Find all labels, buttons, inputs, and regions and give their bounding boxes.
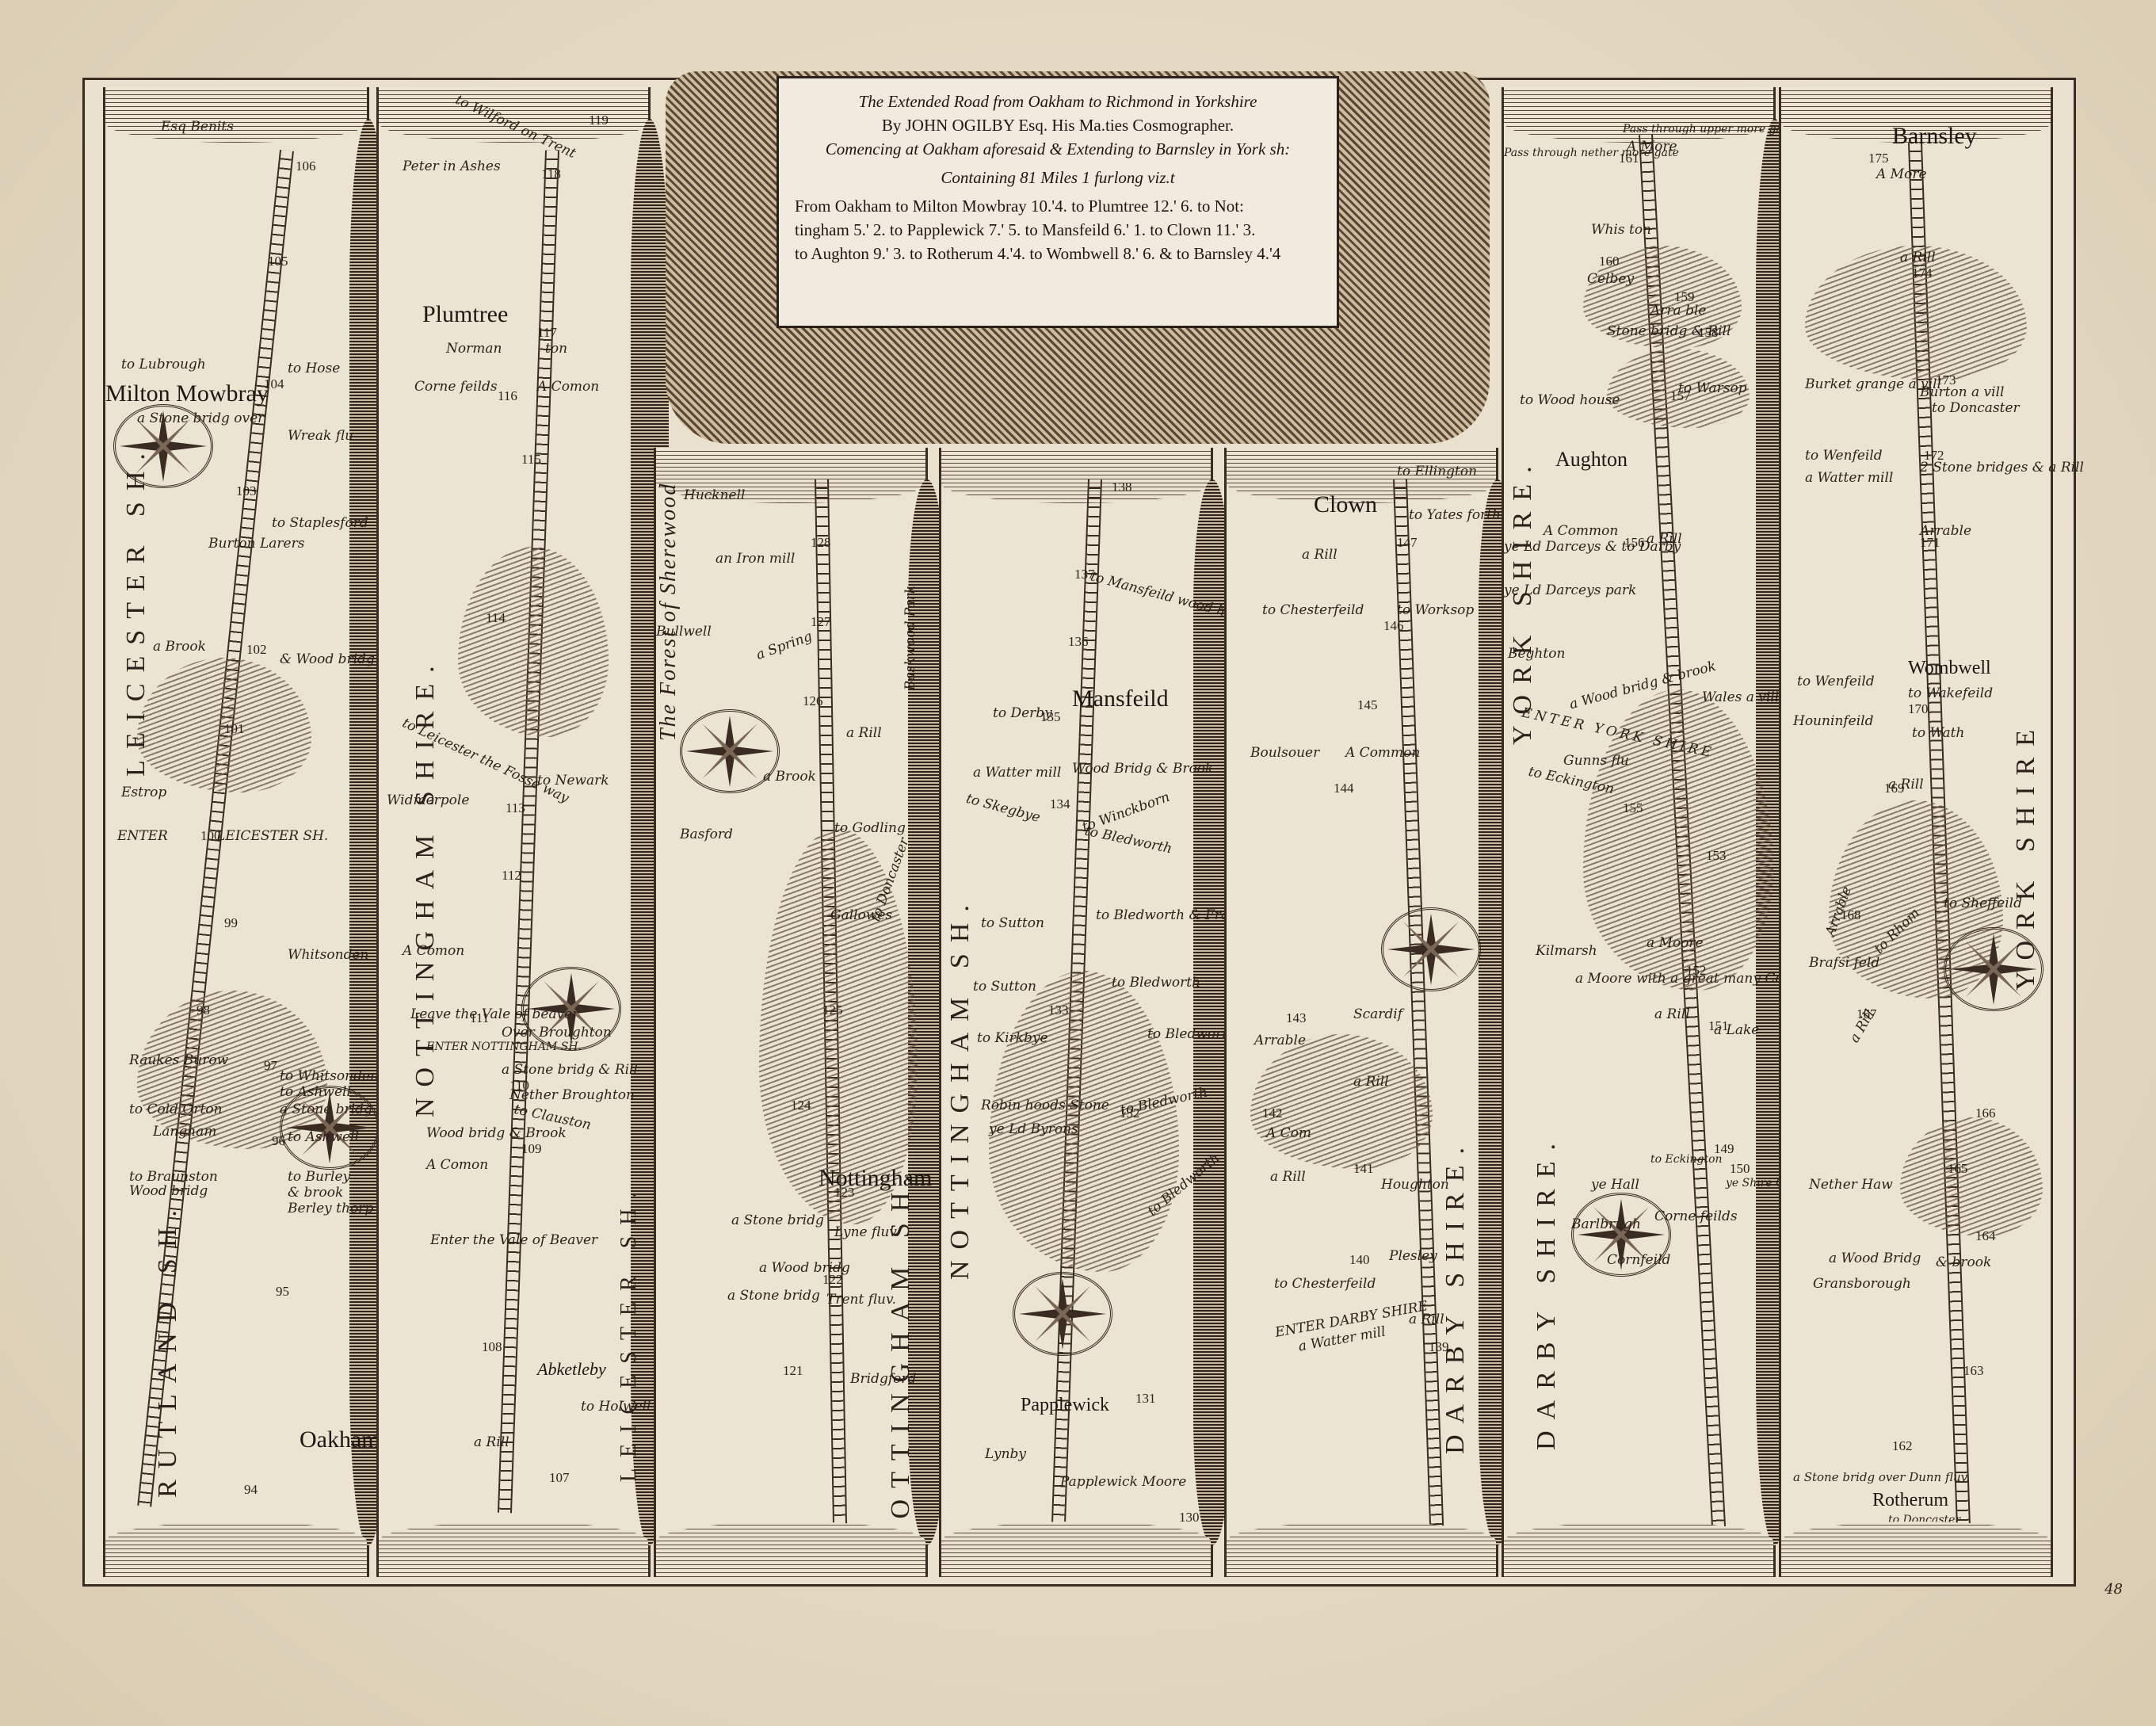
place-label: Estrop — [121, 785, 166, 800]
place-label: to Wenfeild — [1797, 674, 1875, 689]
place-label: a Rill — [1647, 531, 1682, 547]
mile-marker: 146 — [1383, 618, 1404, 634]
mile-marker: 162 — [1892, 1438, 1913, 1454]
mile-marker: 136 — [1068, 634, 1089, 650]
town-label: Barnsley — [1892, 123, 1977, 150]
place-label: Brafsi feld — [1809, 955, 1879, 971]
forest-label: The Forest of Sherewood — [656, 483, 681, 741]
place-label: a Stone bridg — [727, 1288, 820, 1304]
mile-marker: 113 — [506, 800, 525, 816]
mile-marker: 118 — [541, 166, 561, 182]
county-label: RUTLAND SH. — [153, 1199, 183, 1498]
town-label: Milton Mowbray — [105, 380, 269, 407]
mile-marker: 167 — [1856, 1006, 1877, 1022]
place-label: Over Broughton — [502, 1025, 612, 1041]
mile-marker: 127 — [811, 614, 831, 630]
place-label: to Lubrough — [121, 357, 206, 372]
place-label: Beghton — [1508, 646, 1565, 662]
place-label: ye Ld Darceys park — [1504, 582, 1636, 598]
place-label: to Skegbye — [964, 791, 1042, 826]
place-label: to Ellington — [1397, 464, 1477, 479]
plate-number: 48 — [2104, 1581, 2123, 1598]
hill — [458, 547, 609, 737]
mile-marker: 168 — [1841, 907, 1861, 923]
mile-marker: 101 — [224, 721, 245, 737]
mile-marker: 145 — [1357, 697, 1378, 713]
strip-5: Clown DARBY SHIRE. to Ellington to Yates… — [1224, 448, 1498, 1577]
mile-marker: 117 — [537, 325, 557, 341]
mile-marker: 130 — [1179, 1510, 1200, 1526]
place-label: A Common — [1544, 523, 1618, 539]
scroll-roll-bottom — [379, 1522, 648, 1577]
place-label: Langham — [153, 1124, 216, 1140]
place-label: to Staplesford — [272, 515, 368, 531]
river-label: Lyne fluv. — [834, 1224, 899, 1240]
place-label: Nether Haw — [1809, 1177, 1893, 1193]
place-label: Berley thorp — [288, 1201, 373, 1216]
mile-marker: 170 — [1908, 701, 1929, 717]
place-label: ye Hall — [1591, 1177, 1639, 1193]
place-label: LEICESTER SH. — [216, 828, 328, 844]
mile-marker: 122 — [822, 1272, 843, 1288]
place-label: Whitsonden — [288, 947, 369, 963]
place-label: to Bledworth — [1083, 823, 1173, 857]
scroll-roll-bottom — [656, 1522, 925, 1577]
county-label: NOTTINGHAM SH. — [945, 894, 975, 1280]
mile-marker: 126 — [803, 693, 823, 709]
place-label: a Stone bridg — [731, 1212, 824, 1228]
town-label: Mansfeild — [1072, 685, 1169, 712]
distance-line-2: tingham 5.' 2. to Papplewick 7.' 5. to M… — [795, 218, 1321, 242]
place-label: a Wood Bridg — [1829, 1251, 1921, 1266]
mile-marker: 135 — [1040, 709, 1061, 725]
place-label: Barlbrugh — [1571, 1216, 1641, 1232]
scroll-roll-bottom — [1781, 1522, 2051, 1577]
mile-marker: 151 — [1708, 1018, 1729, 1034]
strip-6: Aughton YORK SHIRE. DARBY SHIRE. Pass th… — [1502, 87, 1776, 1577]
place-label: Basford — [680, 827, 733, 842]
place-label: to Braunston — [129, 1169, 218, 1185]
place-label: a Stone bridg over — [137, 410, 264, 426]
county-label: DARBY SHIRE. — [1532, 1132, 1562, 1450]
county-label: YORK SHIRE. — [1508, 455, 1538, 745]
place-label: Arra ble — [1650, 303, 1706, 319]
place-label: Gallowes — [830, 907, 892, 923]
place-label: to Wath — [1912, 725, 1964, 741]
place-label: Corne feilds — [1654, 1209, 1738, 1224]
place-label: A More — [1876, 166, 1927, 182]
mile-marker: 112 — [502, 868, 521, 884]
mile-marker: 139 — [1429, 1339, 1449, 1355]
mile-marker: 160 — [1599, 254, 1620, 269]
mile-marker: 165 — [1948, 1161, 1968, 1177]
county-label: NOTTINGHAM SH. — [886, 1163, 916, 1549]
mile-marker: 109 — [521, 1141, 542, 1157]
place-label: Scardif — [1353, 1006, 1402, 1022]
county-label: YORK SHIRE — [2011, 719, 2041, 991]
mile-marker: 173 — [1936, 372, 1956, 388]
place-label: a Rill — [1270, 1169, 1306, 1185]
place-label: Baskwood Park — [902, 586, 918, 690]
place-label: Burton Larers — [208, 536, 304, 552]
mile-marker: 99 — [224, 915, 238, 931]
mile-marker: 102 — [246, 642, 267, 658]
place-label: to Yates forth — [1409, 507, 1501, 523]
place-label: to Chesterfeild — [1262, 602, 1364, 618]
place-label: & brook — [1936, 1254, 1991, 1270]
place-label: Bridgford — [850, 1371, 916, 1387]
mile-marker: 159 — [1674, 289, 1695, 305]
place-label: Cornfeild — [1607, 1252, 1670, 1268]
scroll-roll-bottom — [1227, 1522, 1496, 1577]
place-label: Raukes Burow — [129, 1052, 228, 1068]
mile-marker: 121 — [783, 1363, 803, 1379]
place-label: a Rill — [1353, 1074, 1389, 1090]
mile-marker: 110 — [509, 1078, 529, 1094]
place-label: a Stone bridg & Rill — [502, 1062, 638, 1078]
place-label: & Wood bridg — [280, 651, 375, 667]
strip-7: Barnsley Wombwell Rotherum YORK SHIRE A … — [1779, 87, 2053, 1577]
mile-marker: 94 — [244, 1482, 258, 1498]
county-label: LEICESTER SH. — [616, 1181, 642, 1482]
place-label: to Worksop — [1397, 602, 1474, 618]
place-label: ton — [545, 341, 567, 357]
author-line: By JOHN OGILBY Esq. His Ma.ties Cosmogra… — [795, 113, 1321, 137]
town-label: Aughton — [1555, 448, 1627, 472]
mile-marker: 142 — [1262, 1105, 1283, 1121]
place-label: Robin hoods Stone — [981, 1098, 1109, 1113]
town-label: Papplewick — [1021, 1395, 1109, 1416]
title-panel: The Extended Road from Oakham to Richmon… — [777, 76, 1339, 328]
place-label: to Hose — [288, 361, 340, 376]
place-label: Papplewick Moore — [1060, 1474, 1186, 1490]
place-label: Plesley — [1389, 1248, 1437, 1264]
town-label: Rotherum — [1872, 1490, 1948, 1511]
place-label: 2 Stone bridges & a Rill — [1920, 460, 2084, 475]
mile-marker: 172 — [1924, 448, 1944, 464]
place-label: Houninfeild — [1793, 713, 1873, 729]
mile-marker: 140 — [1349, 1252, 1370, 1268]
place-label: to Kirkbye — [977, 1030, 1048, 1046]
mile-marker: 115 — [521, 452, 541, 468]
place-label: A Com — [1266, 1125, 1311, 1141]
place-label: to Sutton — [973, 979, 1036, 995]
place-label: Bullwell — [656, 624, 712, 640]
strip-3: Nottingham The Forest of Sherewood NOTTI… — [654, 448, 928, 1577]
place-label: A Common — [1345, 745, 1420, 761]
place-label: a Rill — [1302, 547, 1337, 563]
place-label: to Bledworth — [1112, 975, 1200, 991]
place-label: a Moore — [1647, 935, 1704, 951]
mile-marker: 116 — [498, 388, 517, 404]
place-label: Kilmarsh — [1536, 943, 1597, 959]
place-label: Wood bridg — [129, 1183, 208, 1199]
place-label: to Whitsonden — [280, 1068, 379, 1084]
place-label: Wood bridg & Brook — [426, 1125, 567, 1141]
total-distance: Containing 81 Miles 1 furlong viz.t — [795, 166, 1321, 189]
mile-marker: 132 — [1120, 1105, 1140, 1121]
place-label: to Sheffeild — [1944, 895, 2022, 911]
place-label: to Eckington — [1650, 1153, 1723, 1166]
place-label: Esq Benits — [161, 119, 234, 135]
mile-marker: 137 — [1074, 567, 1095, 582]
place-label: Peter in Ashes — [403, 158, 501, 174]
mile-marker: 153 — [1706, 848, 1727, 864]
place-label: a Watter mill — [973, 765, 1061, 781]
mile-marker: 158 — [1698, 325, 1719, 341]
place-label: to Wenfeild — [1805, 448, 1883, 464]
mile-marker: 138 — [1112, 479, 1132, 495]
scroll-roll-top — [105, 87, 367, 143]
place-label: a Brook — [153, 639, 206, 655]
mile-marker: 108 — [482, 1339, 502, 1355]
county-label: NOTTINGHAM SHIRE. — [410, 655, 441, 1117]
place-label: to Ashwell — [288, 1129, 359, 1145]
place-label: Arrable — [1254, 1033, 1306, 1048]
mile-marker: 128 — [811, 535, 831, 551]
mile-marker: 156 — [1624, 535, 1645, 551]
mile-marker: 107 — [549, 1470, 570, 1486]
mile-marker: 125 — [822, 1002, 843, 1018]
place-label: Norman — [446, 341, 502, 357]
place-label: Enter the Vale of Beaver — [430, 1232, 597, 1248]
compass-rose-icon — [1381, 907, 1481, 991]
river-label: Wreak flu — [288, 428, 353, 444]
place-label: to Godling — [834, 820, 906, 836]
place-label: Boulsouer — [1250, 745, 1319, 761]
place-label: a Rill — [1409, 1312, 1444, 1327]
place-label: Corne feilds — [414, 379, 498, 395]
mile-marker: 131 — [1135, 1391, 1156, 1407]
mile-marker: 143 — [1286, 1010, 1307, 1026]
place-label: to Cold Orton — [129, 1102, 223, 1117]
mile-marker: 161 — [1619, 151, 1639, 166]
mile-marker: 144 — [1334, 781, 1354, 796]
mile-marker: 166 — [1975, 1105, 1996, 1121]
strip-1: Milton Mowbray Oakham Esq Benits to Lubr… — [103, 87, 369, 1577]
town-label: Oakham — [300, 1426, 380, 1453]
map-title: The Extended Road from Oakham to Richmon… — [795, 90, 1321, 113]
mile-marker: 134 — [1050, 796, 1070, 812]
place-label: an Iron mill — [715, 551, 795, 567]
mile-marker: 104 — [264, 376, 284, 392]
scroll-roll-bottom — [105, 1522, 367, 1577]
mile-marker: 106 — [296, 158, 316, 174]
mile-marker: 169 — [1884, 781, 1905, 796]
place-label: Whis ton — [1591, 222, 1651, 238]
mile-marker: 98 — [197, 1002, 210, 1018]
scroll-roll-bottom — [1504, 1522, 1773, 1577]
title-cartouche: The Extended Road from Oakham to Richmon… — [666, 71, 1490, 444]
place-label: Burton a vill — [1920, 384, 2004, 400]
mile-marker: 164 — [1975, 1228, 1996, 1244]
hill — [1250, 1034, 1433, 1169]
river-label: Gunns flu — [1563, 753, 1629, 769]
place-label: ENTER NOTTINGHAM SH. — [426, 1041, 582, 1053]
place-label: Wales a vill — [1702, 689, 1779, 705]
place-label: ye Ld Byrons — [989, 1121, 1078, 1137]
place-label: to Wood house — [1520, 392, 1620, 408]
mile-marker: 96 — [272, 1133, 285, 1149]
place-label: ENTER — [117, 828, 168, 844]
place-label: to Newark — [537, 773, 609, 789]
mile-marker: 171 — [1920, 535, 1940, 551]
mile-marker: 119 — [589, 113, 609, 128]
place-label: to Burley — [288, 1169, 350, 1185]
mile-marker: 133 — [1048, 1002, 1069, 1018]
mile-marker: 147 — [1397, 535, 1418, 551]
mile-marker: 103 — [236, 483, 257, 499]
place-label: Pass through upper more gate — [1623, 123, 1794, 136]
strip-4: Mansfeild Papplewick NOTTINGHAM SH. to M… — [939, 448, 1213, 1577]
town-label: Abketleby — [537, 1359, 606, 1380]
mile-marker: 141 — [1353, 1161, 1374, 1177]
place-label: A Comon — [426, 1157, 488, 1173]
place-label: a Rill — [1900, 250, 1936, 265]
strip-2: Plumtree Abketleby to Wilford on Trent P… — [376, 87, 651, 1577]
place-label: Gransborough — [1813, 1276, 1911, 1292]
place-label: Celbey — [1587, 271, 1634, 287]
river-label: a Stone bridg over Dunn fluv. — [1793, 1470, 1970, 1484]
mile-marker: 163 — [1963, 1363, 1984, 1379]
mile-marker: 157 — [1670, 388, 1691, 404]
place-label: a Spring — [754, 628, 815, 663]
place-label: A Comon — [537, 379, 599, 395]
place-label: a Watter mill — [1805, 470, 1893, 486]
place-label: a Rill — [474, 1434, 509, 1450]
mile-marker: 155 — [1623, 800, 1643, 816]
mile-marker: 97 — [264, 1058, 277, 1074]
mile-marker: 175 — [1868, 151, 1889, 166]
mile-marker: 114 — [486, 610, 506, 626]
place-label: Lynby — [985, 1446, 1026, 1462]
place-label: Hucknell — [684, 487, 745, 503]
town-label: Clown — [1314, 491, 1377, 518]
mile-marker: 123 — [834, 1185, 855, 1201]
route-description: Comencing at Oakham aforesaid & Extendin… — [795, 137, 1321, 161]
place-label: to Sutton — [981, 915, 1044, 931]
river-label: Trent fluv. — [826, 1292, 896, 1308]
mile-marker: 150 — [1730, 1161, 1750, 1177]
mile-marker: 124 — [791, 1098, 811, 1113]
hill — [1900, 1117, 2043, 1236]
place-label: a Rill — [846, 725, 882, 741]
place-label: to Bledworth — [1147, 1026, 1236, 1042]
scroll-roll-top — [941, 448, 1211, 503]
place-label: Wood Bridg & Brook — [1072, 761, 1213, 777]
mile-marker: 100 — [200, 828, 221, 844]
place-label: Houghton — [1381, 1177, 1449, 1193]
place-label: to Ashwell — [280, 1084, 351, 1100]
scroll-roll-bottom — [941, 1522, 1211, 1577]
place-label: to Chesterfeild — [1274, 1276, 1376, 1292]
place-label: Pass through nether more gate — [1504, 147, 1679, 159]
mile-marker: 149 — [1714, 1141, 1734, 1157]
town-label: Wombwell — [1908, 658, 1991, 679]
mile-marker: 111 — [470, 1010, 489, 1026]
town-label: Plumtree — [422, 301, 508, 328]
mile-marker: 95 — [276, 1284, 289, 1300]
compass-rose-icon — [1013, 1272, 1112, 1356]
place-label: to Doncaster — [1932, 400, 2020, 416]
distance-line-1: From Oakham to Milton Mowbray 10.'4. to … — [795, 194, 1321, 218]
place-label: a Brook — [763, 769, 816, 785]
place-label: to Wakefeild — [1908, 685, 1993, 701]
county-label: LEICESTER SH. — [121, 442, 151, 777]
distance-line-3: to Aughton 9.' 3. to Rotherum 4.'4. to W… — [795, 242, 1321, 265]
place-label: & brook — [288, 1185, 343, 1201]
mile-marker: 105 — [268, 254, 288, 269]
place-label: a Rill — [1654, 1006, 1690, 1022]
mile-marker: 152 — [1686, 963, 1707, 979]
mile-marker: 174 — [1912, 265, 1933, 281]
map-sheet: Milton Mowbray Oakham Esq Benits to Lubr… — [0, 0, 2156, 1726]
